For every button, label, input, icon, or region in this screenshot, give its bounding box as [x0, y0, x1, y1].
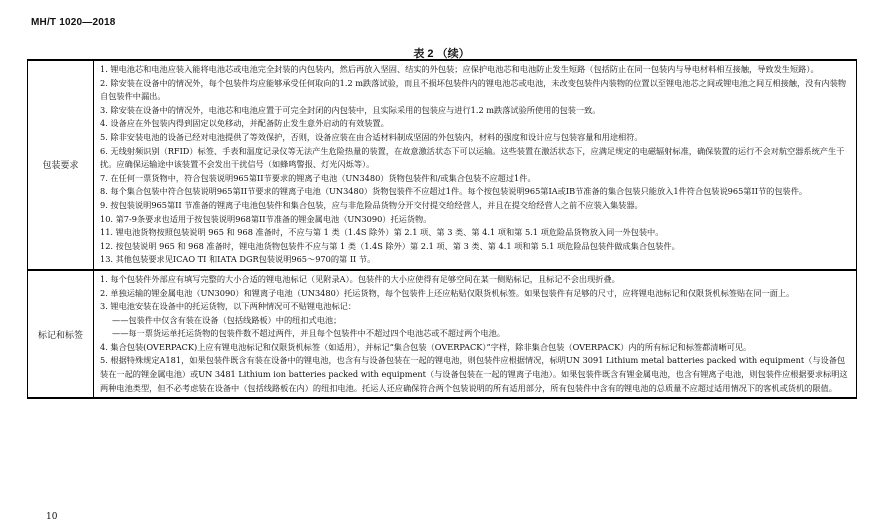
list-item: 8. 每个集合包装中符合包装说明965第II节要求的锂离子电池（UN3480）货… [100, 185, 850, 199]
list-item: 6. 无线射频识别（RFID）标签、手表和温度记录仪等无法产生危险热量的装置，在… [100, 145, 850, 172]
list-item: 4. 设备应在外包装内得到固定以免移动，并配备防止发生意外启动的有效装置。 [100, 117, 850, 131]
row-label-packaging: 包装要求 [28, 60, 94, 270]
list-item: 2. 除安装在设备中的情况外，每个包装件均应能够承受任何取向的1.2 m跌落试验… [100, 77, 850, 104]
list-item: 5. 根据特殊规定A181，如果包装件既含有装在设备中的锂电池，也含有与设备包装… [100, 354, 850, 395]
list-item: 10. 第7-9条要求也适用于按包装说明968第II节准备的锂金属电池（UN30… [100, 213, 850, 227]
list-item: 2. 单独运输的锂金属电池（UN3090）和锂离子电池（UN3480）托运货物，… [100, 287, 850, 301]
marking-labeling-content: 1. 每个包装件外部应有填写完整的大小合适的锂电池标记（见附录A）。包装件的大小… [94, 270, 857, 398]
table-row-packaging: 包装要求 1. 锂电池芯和电池应装入能将电池芯或电池完全封装的内包装内，然后再放… [28, 60, 857, 270]
list-item: 3. 除安装在设备中的情况外，电池芯和电池应置于可完全封闭的内包装中，且实际采用… [100, 104, 850, 118]
sub-list-item: ——包装件中仅含有装在设备（包括线路板）中的纽扣式电池； [100, 314, 850, 328]
page-number: 10 [46, 512, 57, 522]
sub-list-item: ——每一票货运单托运货物的包装件数不超过两件，并且每个包装件中不超过四个电池芯或… [100, 327, 850, 341]
table-row-marking-labeling: 标记和标签 1. 每个包装件外部应有填写完整的大小合适的锂电池标记（见附录A）。… [28, 270, 857, 398]
list-item: 5. 除非安装电池的设备已经对电池提供了等效保护，否则，设备应装在由合适材料制成… [100, 131, 850, 145]
row-label-marking: 标记和标签 [28, 270, 94, 398]
list-item: 3. 锂电池安装在设备中的托运货物，以下两种情况可不贴锂电池标记： [100, 300, 850, 314]
list-item: 12. 按包装说明 965 和 968 准备时，锂电池货物包装件不应与第 1 类… [100, 240, 850, 254]
list-item: 13. 其他包装要求见ICAO TI 和IATA DGR包装说明965～970的… [100, 253, 850, 267]
list-item: 1. 锂电池芯和电池应装入能将电池芯或电池完全封装的内包装内，然后再放入坚固、结… [100, 63, 850, 77]
list-item: 9. 按包装说明965第II 节准备的锂离子电池包装件和集合包装，应与非危险品货… [100, 199, 850, 213]
list-item: 7. 在任何一票货物中，符合包装说明965第II节要求的锂离子电池（UN3480… [100, 172, 850, 186]
standard-code: MH/T 1020—2018 [31, 17, 116, 28]
packaging-requirements-content: 1. 锂电池芯和电池应装入能将电池芯或电池完全封装的内包装内，然后再放入坚固、结… [94, 60, 857, 270]
list-item: 1. 每个包装件外部应有填写完整的大小合适的锂电池标记（见附录A）。包装件的大小… [100, 273, 850, 287]
list-item: 4. 集合包装(OVERPACK)上应有锂电池标记和仅限货机标签（如适用），并标… [100, 341, 850, 355]
list-item: 11. 锂电池货物按照包装说明 965 和 968 准备时，不应与第 1 类（1… [100, 226, 850, 240]
requirements-table: 包装要求 1. 锂电池芯和电池应装入能将电池芯或电池完全封装的内包装内，然后再放… [27, 59, 857, 399]
